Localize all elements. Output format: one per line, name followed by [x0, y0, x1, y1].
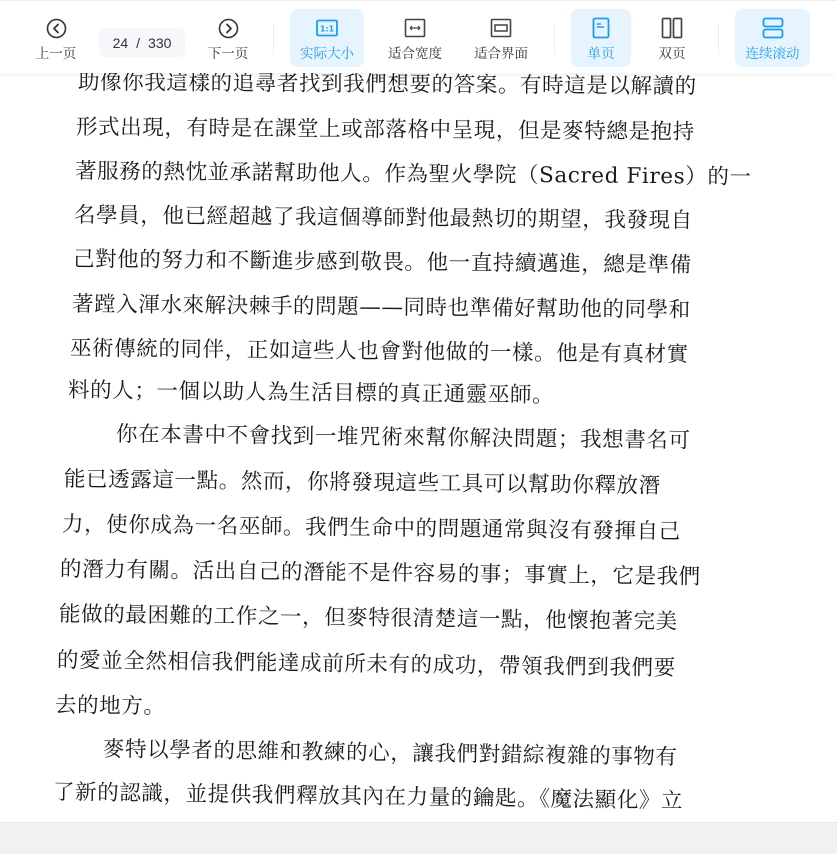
page-indicator[interactable]: 24 / 330 [99, 28, 185, 57]
current-page[interactable]: 24 [113, 35, 129, 51]
text-line: 著蹚入渾水來解決棘手的問題——同時也準備好幫助他的同學和 [72, 292, 691, 324]
page-separator: / [136, 35, 140, 51]
fit-width-label: 适合宽度 [388, 46, 442, 62]
fit-width-button[interactable]: 适合宽度 [378, 9, 452, 67]
text-line: 形式出現，有時是在課堂上或部落格中呈現，但是麥特總是抱持 [76, 115, 695, 146]
actual-size-button[interactable]: 1:1 实际大小 [290, 9, 364, 67]
text-line: 能做的最困難的工作之一，但麥特很清楚這一點，他懷抱著完美 [59, 602, 678, 636]
ebook-viewer: 助像你我這樣的追尋者找到我們想要的答案。有時這是以解讀的 形式出現，有時是在課堂… [0, 0, 837, 854]
fit-width-icon [404, 17, 426, 39]
text-line: 己對他的努力和不斷進步感到敬畏。他一直持續邁進，總是準備 [73, 247, 692, 279]
actual-size-icon: 1:1 [316, 17, 338, 39]
continuous-scroll-label: 连续滚动 [746, 46, 800, 62]
next-page-label: 下一页 [208, 46, 249, 62]
text-line: 名學員，他已經超越了我這個導師對他最熱切的期望，我發現自 [74, 203, 693, 234]
prev-page-button[interactable]: 上一页 [24, 9, 88, 67]
svg-text:1:1: 1:1 [320, 25, 335, 34]
total-pages: 330 [148, 35, 171, 51]
page-content[interactable]: 助像你我這樣的追尋者找到我們想要的答案。有時這是以解讀的 形式出現，有時是在課堂… [0, 60, 837, 822]
text-line: 麥特以學者的思維和教練的心，讓我們對錯綜複雜的事物有 [103, 737, 678, 771]
text-line: 的潛力有關。活出自己的潛能不是件容易的事；事實上，它是我們 [60, 557, 701, 591]
prev-page-label: 上一页 [36, 46, 77, 62]
single-page-icon [590, 17, 612, 39]
fit-page-icon [490, 17, 512, 39]
single-page-label: 单页 [588, 46, 615, 62]
text-line: 能已透露這一點。然而，你將發現這些工具可以幫助你釋放潛 [64, 467, 661, 500]
double-page-button[interactable]: 双页 [642, 9, 702, 67]
text-line: 了新的認識，並提供我們釋放其內在力量的鑰匙。《魔法顯化》立 [53, 780, 683, 815]
text-line: 巫術傳統的同伴，正如這些人也會對他做的一樣。他是有真材實 [70, 336, 689, 368]
text-line: 的愛並全然相信我們能達成前所未有的成功，帶領我們到我們要 [57, 648, 676, 682]
text-line: 去的地方。 [55, 693, 166, 720]
single-page-button[interactable]: 单页 [571, 9, 631, 67]
double-page-label: 双页 [659, 46, 686, 62]
actual-size-label: 实际大小 [300, 46, 354, 62]
continuous-scroll-icon [762, 17, 784, 39]
text-line: 力，使你成為一名巫師。我們生命中的問題通常與沒有發揮自己 [62, 512, 681, 546]
text-line: 你在本書中不會找到一堆咒術來幫你解決問題；我想書名可 [116, 422, 691, 455]
fit-page-button[interactable]: 适合界面 [464, 9, 538, 67]
double-page-icon [661, 17, 683, 39]
text-line: 著服務的熱忱並承諾幫助他人。作為聖火學院（Sacred Fires）的一 [75, 159, 752, 191]
toolbar-divider [273, 24, 274, 54]
bottom-bar [0, 822, 837, 854]
text-line: 助像你我這樣的追尋者找到我們想要的答案。有時這是以解讀的 [78, 70, 697, 100]
continuous-scroll-button[interactable]: 连续滚动 [735, 9, 810, 67]
chevron-right-circle-icon [217, 17, 239, 39]
chevron-left-circle-icon [45, 17, 67, 39]
viewer-toolbar: 上一页 24 / 330 下一页 1:1 实际大小 适合宽度 [0, 0, 837, 73]
toolbar-divider [718, 24, 719, 54]
fit-page-label: 适合界面 [474, 46, 528, 62]
toolbar-divider [554, 24, 555, 54]
next-page-button[interactable]: 下一页 [196, 9, 260, 67]
text-line: 料的人；一個以助人為生活目標的真正通靈巫師。 [68, 378, 554, 409]
